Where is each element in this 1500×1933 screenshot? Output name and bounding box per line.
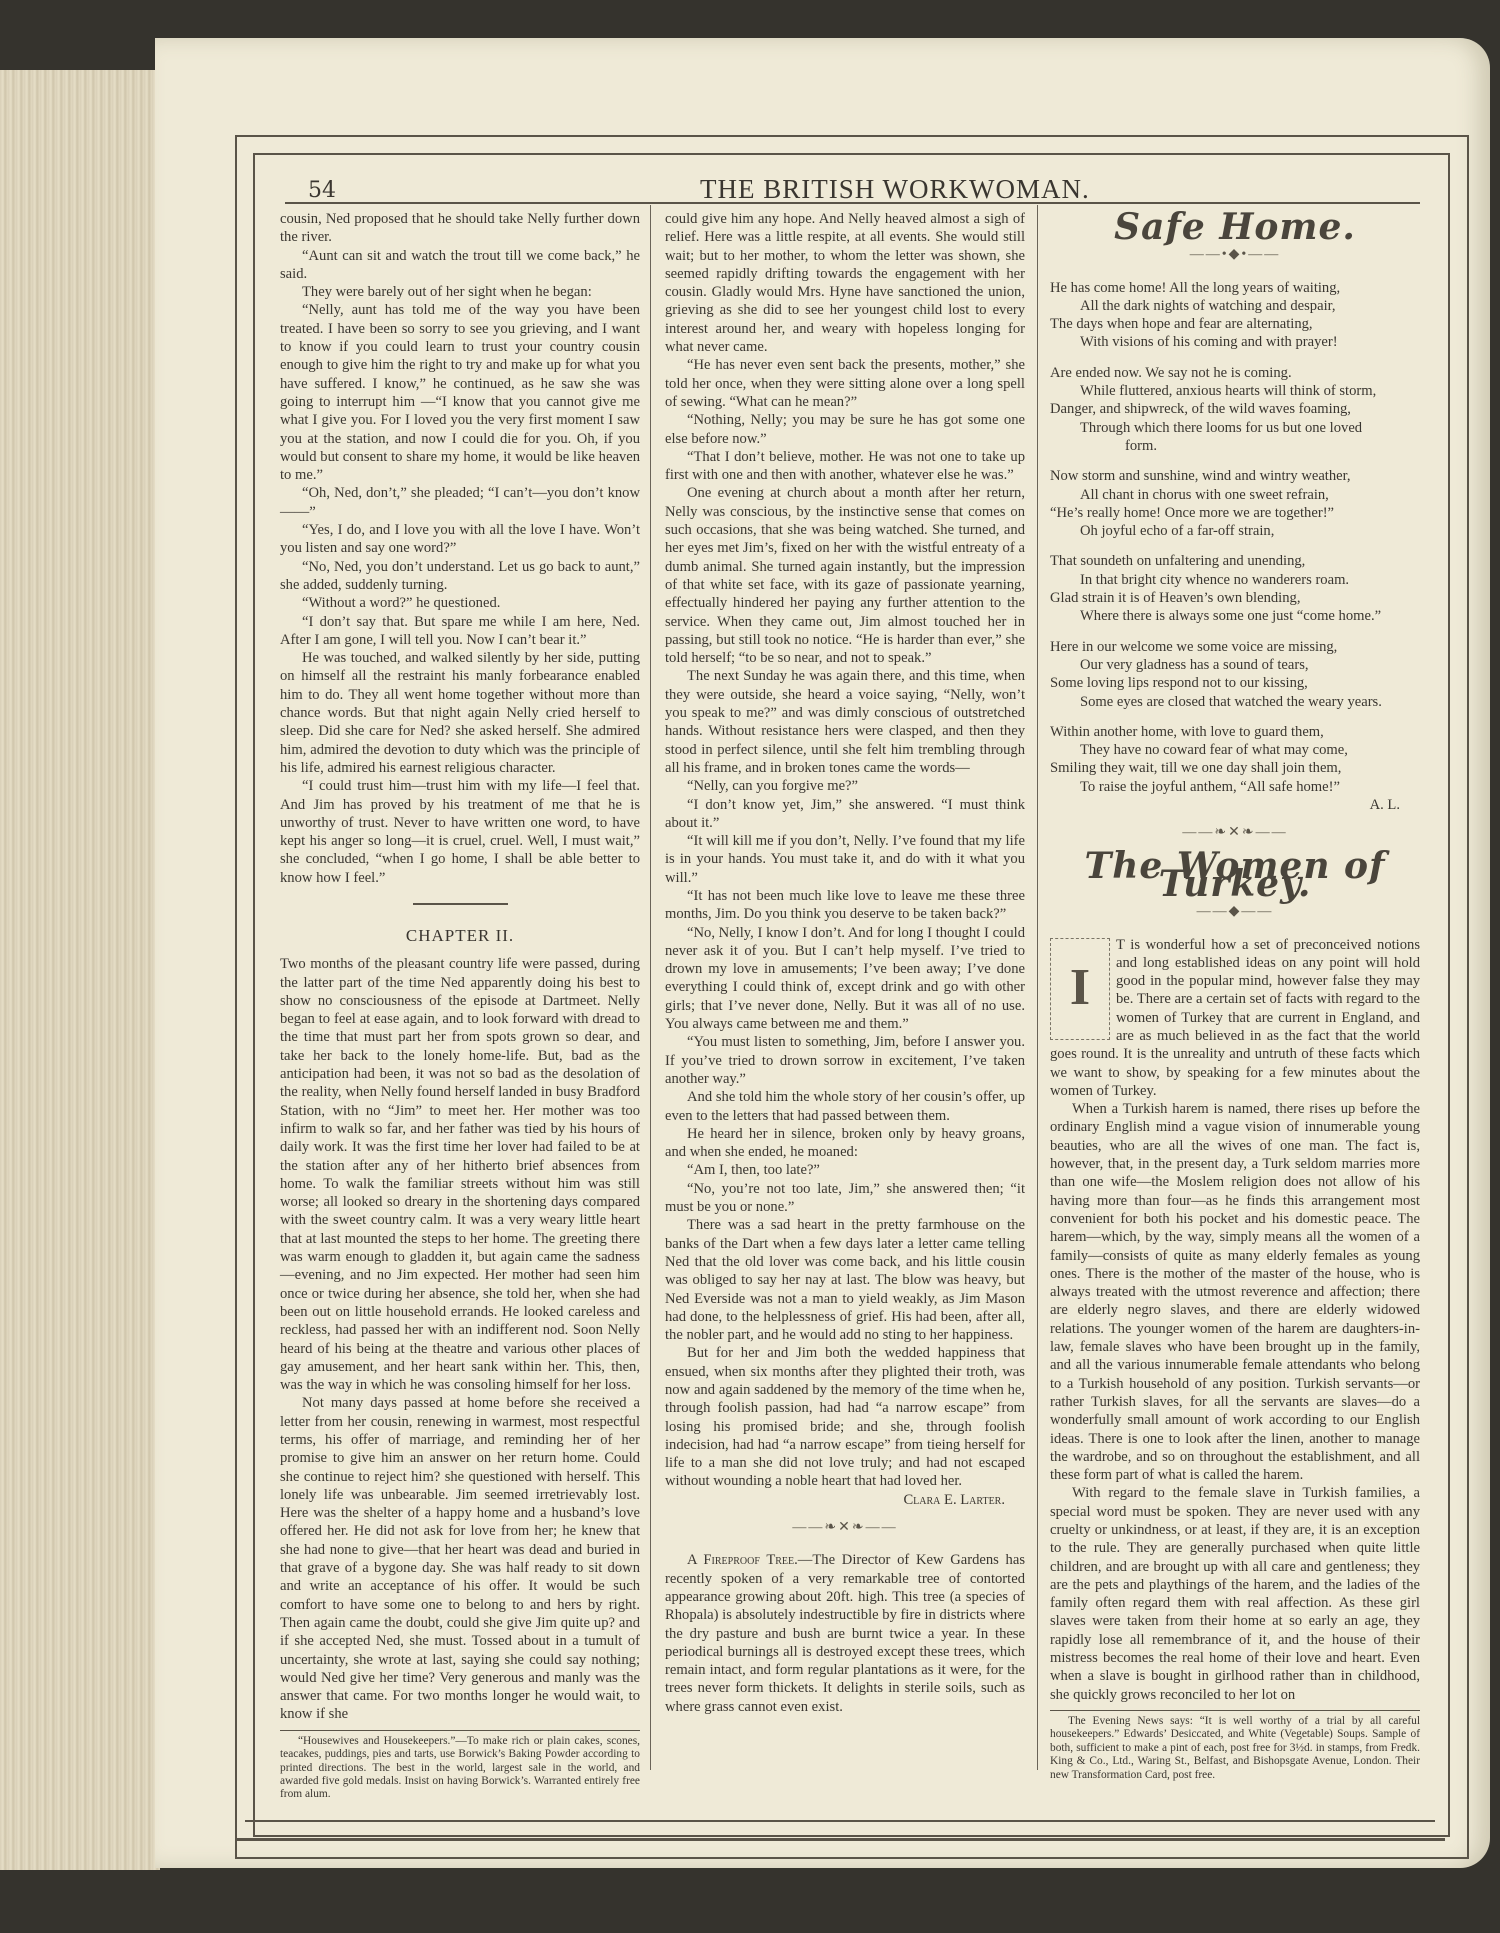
news-item-fireproof-tree: A Fireproof Tree.—The Director of Kew Ga…	[665, 1551, 1025, 1716]
paragraph: One evening at church about a month afte…	[665, 484, 1025, 667]
paragraph: “I don’t say that. But spare me while I …	[280, 613, 640, 650]
paragraph: When a Turkish harem is named, there ris…	[1050, 1100, 1420, 1484]
page-header: 54 THE BRITISH WORKWOMAN.	[300, 148, 1415, 208]
poem-line: He has come home! All the long years of …	[1050, 279, 1420, 297]
poem-line: Now storm and sunshine, wind and wintry …	[1050, 467, 1420, 485]
poem-line: Danger, and shipwreck, of the wild waves…	[1050, 400, 1420, 418]
paragraph: “That I don’t believe, mother. He was no…	[665, 448, 1025, 485]
paragraph: “Aunt can sit and watch the trout till w…	[280, 247, 640, 284]
news-item-text: —The Director of Kew Gardens has recentl…	[665, 1552, 1025, 1714]
poem-line: All chant in chorus with one sweet refra…	[1050, 486, 1420, 504]
paragraph: “Nelly, can you forgive me?”	[665, 777, 1025, 795]
paragraph: cousin, Ned proposed that he should take…	[280, 210, 640, 247]
paragraph: “No, Nelly, I know I don’t. And for long…	[665, 924, 1025, 1034]
paragraph: “Yes, I do, and I love you with all the …	[280, 521, 640, 558]
poem-title: Safe Home.	[1050, 218, 1420, 236]
news-item-title: A Fireproof Tree.	[687, 1552, 798, 1568]
column-divider	[650, 205, 651, 1770]
paragraph: “Nelly, aunt has told me of the way you …	[280, 301, 640, 484]
poem-line: Some loving lips respond not to our kiss…	[1050, 674, 1420, 692]
column-poem-article: Safe Home. ——•◆•—— He has come home! All…	[1050, 210, 1420, 1782]
column-story-part1: cousin, Ned proposed that he should take…	[280, 210, 640, 1802]
header-rule	[285, 202, 1420, 204]
article-body: I T is wonderful how a set of preconceiv…	[1050, 936, 1420, 1101]
paragraph: “I don’t know yet, Jim,” she answered. “…	[665, 796, 1025, 833]
poem-line: Smiling they wait, till we one day shall…	[1050, 759, 1420, 777]
paragraph: “Nothing, Nelly; you may be sure he has …	[665, 411, 1025, 448]
paragraph: He heard her in silence, broken only by …	[665, 1125, 1025, 1162]
paragraph: “He has never even sent back the present…	[665, 356, 1025, 411]
poem-line: While fluttered, anxious hearts will thi…	[1050, 382, 1420, 400]
book-page-edges	[0, 70, 160, 1870]
paragraph: The next Sunday he was again there, and …	[665, 667, 1025, 777]
paragraph: “It will kill me if you don’t, Nelly. I’…	[665, 832, 1025, 887]
poem-line: Here in our welcome we some voice are mi…	[1050, 638, 1420, 656]
poem-line: form.	[1050, 437, 1420, 455]
poem-stanza: He has come home! All the long years of …	[1050, 279, 1420, 352]
ornament-divider: ——◆——	[1050, 903, 1420, 921]
poem-line: Within another home, with love to guard …	[1050, 723, 1420, 741]
paragraph: “Without a word?” he questioned.	[280, 594, 640, 612]
article-title: The Women of Turkey.	[1050, 857, 1420, 894]
advertisement-text: The Evening News says: “It is well worth…	[1050, 1715, 1420, 1782]
poem-line: To raise the joyful anthem, “All safe ho…	[1050, 778, 1420, 796]
paragraph: “It has not been much like love to leave…	[665, 887, 1025, 924]
ornament-divider: ——•◆•——	[1050, 246, 1420, 264]
poem-line: The days when hope and fear are alternat…	[1050, 315, 1420, 333]
poem-safe-home: He has come home! All the long years of …	[1050, 279, 1420, 815]
author-signature: Clara E. Larter.	[665, 1491, 1025, 1509]
column-story-part2: could give him any hope. And Nelly heave…	[665, 210, 1025, 1716]
poem-line: In that bright city whence no wanderers …	[1050, 571, 1420, 589]
poem-line: That soundeth on unfaltering and unendin…	[1050, 552, 1420, 570]
poem-line: They have no coward fear of what may com…	[1050, 741, 1420, 759]
decorated-initial-icon: I	[1050, 938, 1110, 1040]
paragraph: “Am I, then, too late?”	[665, 1161, 1025, 1179]
poem-line: “He’s really home! Once more we are toge…	[1050, 504, 1420, 522]
paragraph: But for her and Jim both the wedded happ…	[665, 1344, 1025, 1490]
paragraph: And she told him the whole story of her …	[665, 1088, 1025, 1125]
advertisement-text: “Housewives and Housekeepers.”—To make r…	[280, 1735, 640, 1802]
paragraph: They were barely out of her sight when h…	[280, 283, 640, 301]
poem-line: With visions of his coming and with pray…	[1050, 333, 1420, 351]
column-divider	[1037, 205, 1038, 1770]
poem-line: Our very gladness has a sound of tears,	[1050, 656, 1420, 674]
poem-stanza: Within another home, with love to guard …	[1050, 723, 1420, 796]
advertisement-edwards-soups: The Evening News says: “It is well worth…	[1050, 1710, 1420, 1782]
poem-stanza: That soundeth on unfaltering and unendin…	[1050, 552, 1420, 625]
chapter-heading: CHAPTER II.	[280, 927, 640, 945]
paragraph: “You must listen to something, Jim, befo…	[665, 1033, 1025, 1088]
advertisement-borwick: “Housewives and Housekeepers.”—To make r…	[280, 1730, 640, 1802]
ornament-divider: ——❧✕❧——	[1050, 824, 1420, 842]
poem-line: Through which there looms for us but one…	[1050, 419, 1420, 437]
masthead-title: THE BRITISH WORKWOMAN.	[700, 174, 1090, 205]
poem-stanza: Are ended now. We say not he is coming. …	[1050, 364, 1420, 455]
poem-signature: A. L.	[1050, 796, 1420, 814]
ornament-divider: ——❧✕❧——	[665, 1519, 1025, 1537]
paragraph: With regard to the female slave in Turki…	[1050, 1484, 1420, 1704]
poem-stanza: Here in our welcome we some voice are mi…	[1050, 638, 1420, 711]
paragraph: could give him any hope. And Nelly heave…	[665, 210, 1025, 356]
paragraph: He was touched, and walked silently by h…	[280, 649, 640, 777]
section-rule	[413, 903, 508, 905]
paragraph: Two months of the pleasant country life …	[280, 955, 640, 1394]
bottom-rule	[235, 1838, 1445, 1841]
poem-line: All the dark nights of watching and desp…	[1050, 297, 1420, 315]
poem-line: Where there is always some one just “com…	[1050, 607, 1420, 625]
paragraph: There was a sad heart in the pretty farm…	[665, 1216, 1025, 1344]
paragraph: “No, you’re not too late, Jim,” she answ…	[665, 1180, 1025, 1217]
paragraph: Not many days passed at home before she …	[280, 1394, 640, 1723]
poem-line: Some eyes are closed that watched the we…	[1050, 693, 1420, 711]
page-number: 54	[308, 178, 336, 203]
poem-line: Oh joyful echo of a far-off strain,	[1050, 522, 1420, 540]
paragraph: “Oh, Ned, don’t,” she pleaded; “I can’t—…	[280, 484, 640, 521]
bottom-rule	[245, 1820, 1435, 1822]
poem-stanza: Now storm and sunshine, wind and wintry …	[1050, 467, 1420, 540]
poem-line: Are ended now. We say not he is coming.	[1050, 364, 1420, 382]
paragraph: “I could trust him—trust him with my lif…	[280, 777, 640, 887]
poem-line: Glad strain it is of Heaven’s own blendi…	[1050, 589, 1420, 607]
paragraph: “No, Ned, you don’t understand. Let us g…	[280, 558, 640, 595]
